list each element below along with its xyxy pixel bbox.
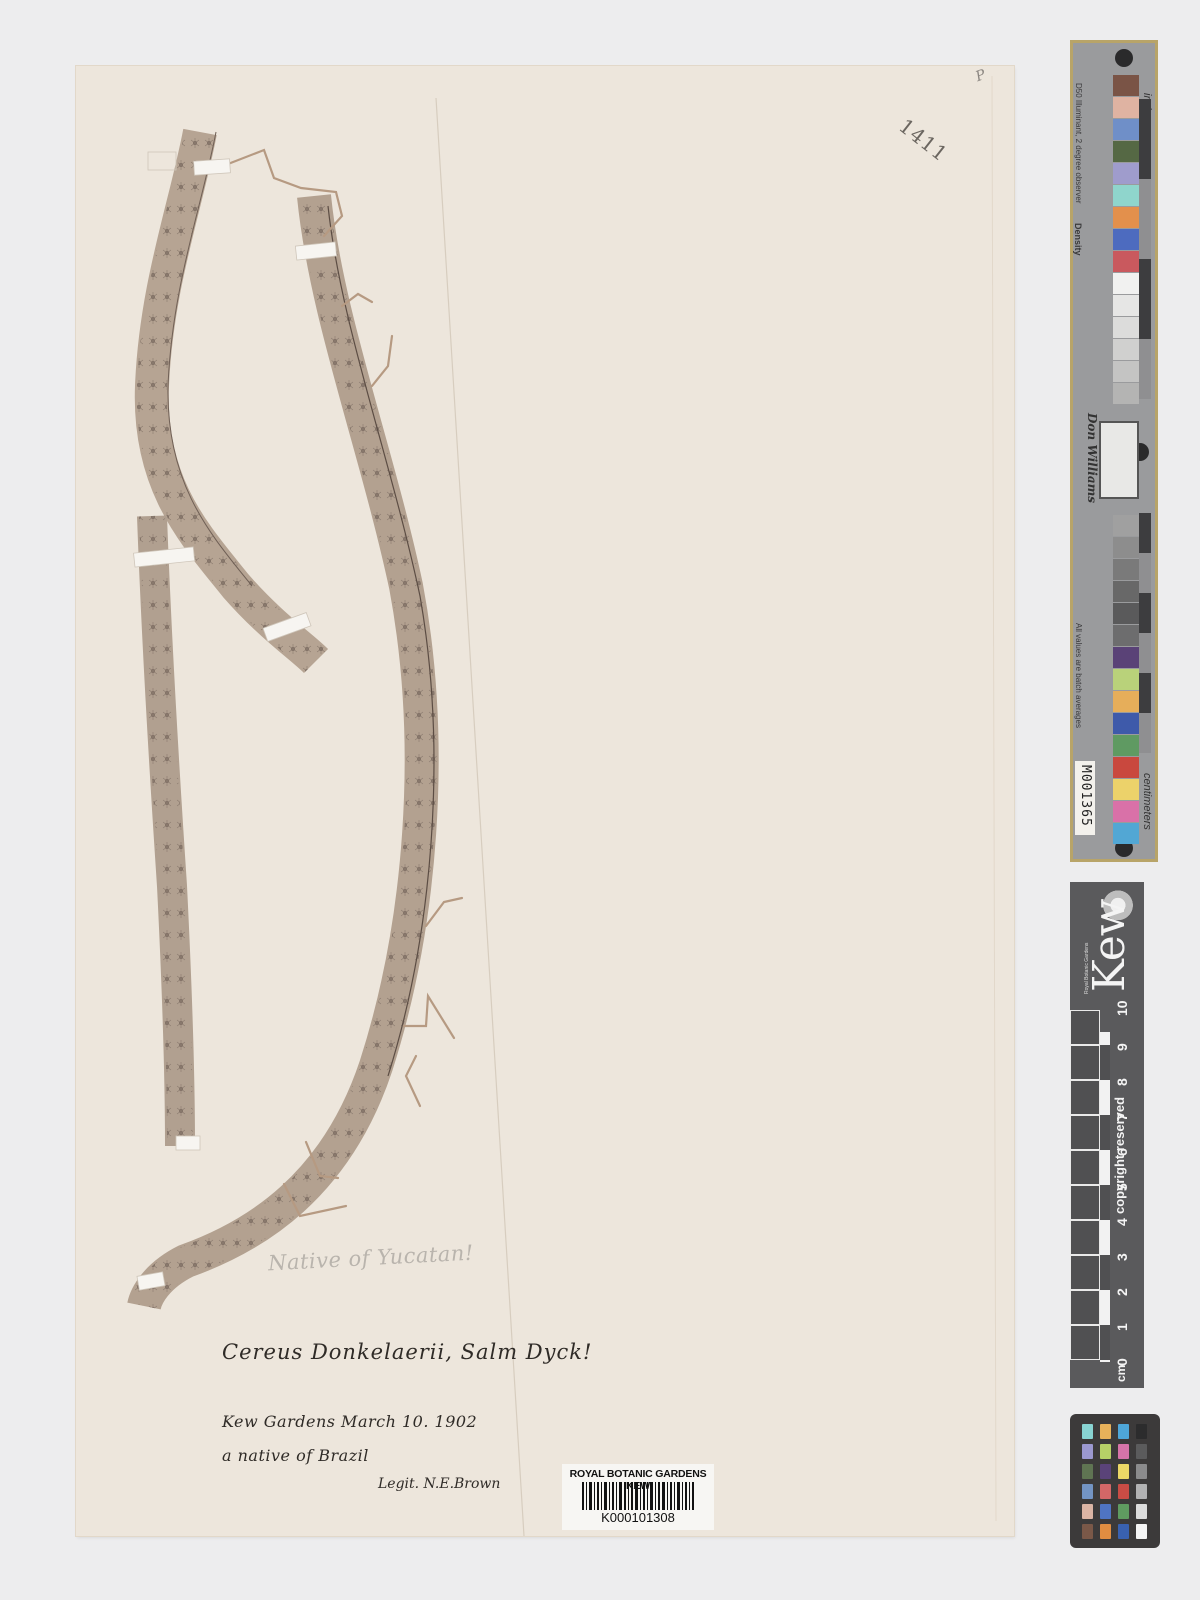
checker-patch — [1082, 1424, 1093, 1439]
cm-scale — [1139, 513, 1151, 753]
colour-patch — [1113, 207, 1139, 228]
density-label: Density — [1073, 223, 1083, 256]
cm-block — [1070, 1010, 1100, 1045]
collection-note: Kew Gardens March 10. 1902 — [222, 1412, 477, 1431]
checker-patch — [1136, 1424, 1147, 1439]
colour-patch — [1113, 515, 1139, 536]
ruler-brand: Don Williams — [1085, 413, 1099, 503]
checker-patch — [1100, 1444, 1111, 1459]
origin-note: a native of Brazil — [222, 1446, 369, 1465]
cm-tick-label: 9 — [1114, 1043, 1130, 1051]
colour-patch — [1113, 163, 1139, 184]
colour-patch — [1113, 383, 1139, 404]
inch-scale — [1139, 99, 1151, 399]
colour-patch — [1113, 141, 1139, 162]
checker-patch — [1100, 1524, 1111, 1539]
colour-patch — [1113, 295, 1139, 316]
colour-patch — [1113, 251, 1139, 272]
cm-tick-label: 3 — [1114, 1253, 1130, 1261]
accession-number: M001365 — [1078, 765, 1093, 827]
colour-patch — [1113, 669, 1139, 690]
cm-block — [1070, 1115, 1100, 1150]
kew-logo: Kew — [1084, 900, 1135, 992]
barcode-number: K000101308 — [562, 1510, 714, 1525]
checker-patch — [1118, 1524, 1129, 1539]
colour-checker-card — [1070, 1414, 1160, 1548]
checker-patch — [1082, 1464, 1093, 1479]
illuminant-note: D50 Illuminant, 2 degree observer — [1074, 83, 1083, 204]
cm-tick-label: 2 — [1114, 1288, 1130, 1296]
colour-patch — [1113, 713, 1139, 734]
checker-patch — [1136, 1484, 1147, 1499]
cm-block — [1070, 1290, 1100, 1325]
cactus-specimen — [76, 66, 1014, 1536]
barcode-label: ROYAL BOTANIC GARDENS KEW K000101308 — [562, 1464, 714, 1530]
checker-patch — [1100, 1504, 1111, 1519]
cm-block — [1070, 1185, 1100, 1220]
accession-tag: M001365 — [1075, 761, 1095, 835]
ruler-hole-top — [1115, 49, 1133, 67]
colour-patch — [1113, 757, 1139, 778]
cm-block — [1070, 1045, 1100, 1080]
collector-note: Legit. N.E.Brown — [378, 1476, 500, 1492]
barcode-icon — [582, 1482, 694, 1510]
colour-patch — [1113, 339, 1139, 360]
colour-patch — [1113, 779, 1139, 800]
cm-block — [1070, 1220, 1100, 1255]
colour-patch — [1113, 823, 1139, 844]
cm-block — [1070, 1150, 1100, 1185]
cm-tick-label: 7 — [1114, 1113, 1130, 1121]
cm-half-block — [1100, 1115, 1110, 1150]
taxon-name: Cereus Donkelaerii, Salm Dyck! — [222, 1340, 592, 1364]
cm-half-block — [1100, 1325, 1110, 1360]
checker-patch — [1136, 1504, 1147, 1519]
checker-patch — [1118, 1484, 1129, 1499]
cm-half-block — [1100, 1045, 1110, 1080]
colour-patch — [1113, 801, 1139, 822]
cm-half-block — [1100, 1255, 1110, 1290]
colour-patch — [1113, 361, 1139, 382]
cm-unit-label: cm — [1114, 1365, 1128, 1382]
colour-patch — [1113, 581, 1139, 602]
colour-calibration-ruler: inches centimeters D50 Illuminant, 2 deg… — [1070, 40, 1158, 862]
checker-patch — [1136, 1444, 1147, 1459]
checker-patch — [1100, 1464, 1111, 1479]
colour-patch — [1113, 185, 1139, 206]
resolution-target — [1099, 421, 1139, 499]
checker-patch — [1118, 1504, 1129, 1519]
determination-label: Cereus Donkelaerii, Salm Dyck! Kew Garde… — [138, 1328, 598, 1528]
checker-patch — [1082, 1444, 1093, 1459]
herbarium-sheet: P 1411 Native of Yucatan! Cereus Donkela… — [76, 66, 1014, 1536]
colour-patch — [1113, 559, 1139, 580]
checker-patch — [1136, 1524, 1147, 1539]
checker-patch — [1100, 1484, 1111, 1499]
checker-patch — [1118, 1444, 1129, 1459]
cm-half-block — [1100, 1185, 1110, 1220]
checker-patch — [1082, 1504, 1093, 1519]
colour-patch — [1113, 603, 1139, 624]
colour-patch — [1113, 229, 1139, 250]
cm-block — [1070, 1325, 1100, 1360]
cm-tick-label: 5 — [1114, 1183, 1130, 1191]
colour-patch — [1113, 119, 1139, 140]
cm-tick-label: 6 — [1114, 1148, 1130, 1156]
colour-patch — [1113, 647, 1139, 668]
cm-tick-label: 8 — [1114, 1078, 1130, 1086]
kew-scale-bar: Royal Botanic Gardens Kew copyright rese… — [1070, 882, 1144, 1388]
checker-patch — [1100, 1424, 1111, 1439]
cm-block — [1070, 1080, 1100, 1115]
colour-patch — [1113, 691, 1139, 712]
checker-patch — [1118, 1464, 1129, 1479]
checker-patch — [1136, 1464, 1147, 1479]
ruler-footnote: All values are batch averages — [1074, 623, 1083, 728]
colour-patch — [1113, 97, 1139, 118]
colour-patch — [1113, 625, 1139, 646]
cm-tick-label: 4 — [1114, 1218, 1130, 1226]
colour-patch — [1113, 317, 1139, 338]
colour-patch — [1113, 75, 1139, 96]
colour-patch — [1113, 537, 1139, 558]
colour-patch — [1113, 735, 1139, 756]
checker-patch — [1118, 1424, 1129, 1439]
centimeters-label: centimeters — [1141, 773, 1153, 830]
colour-patch — [1113, 273, 1139, 294]
checker-patch — [1082, 1484, 1093, 1499]
cm-tick-label: 10 — [1114, 1000, 1130, 1016]
cm-block — [1070, 1255, 1100, 1290]
checker-patch — [1082, 1524, 1093, 1539]
cm-tick-label: 1 — [1114, 1323, 1130, 1331]
